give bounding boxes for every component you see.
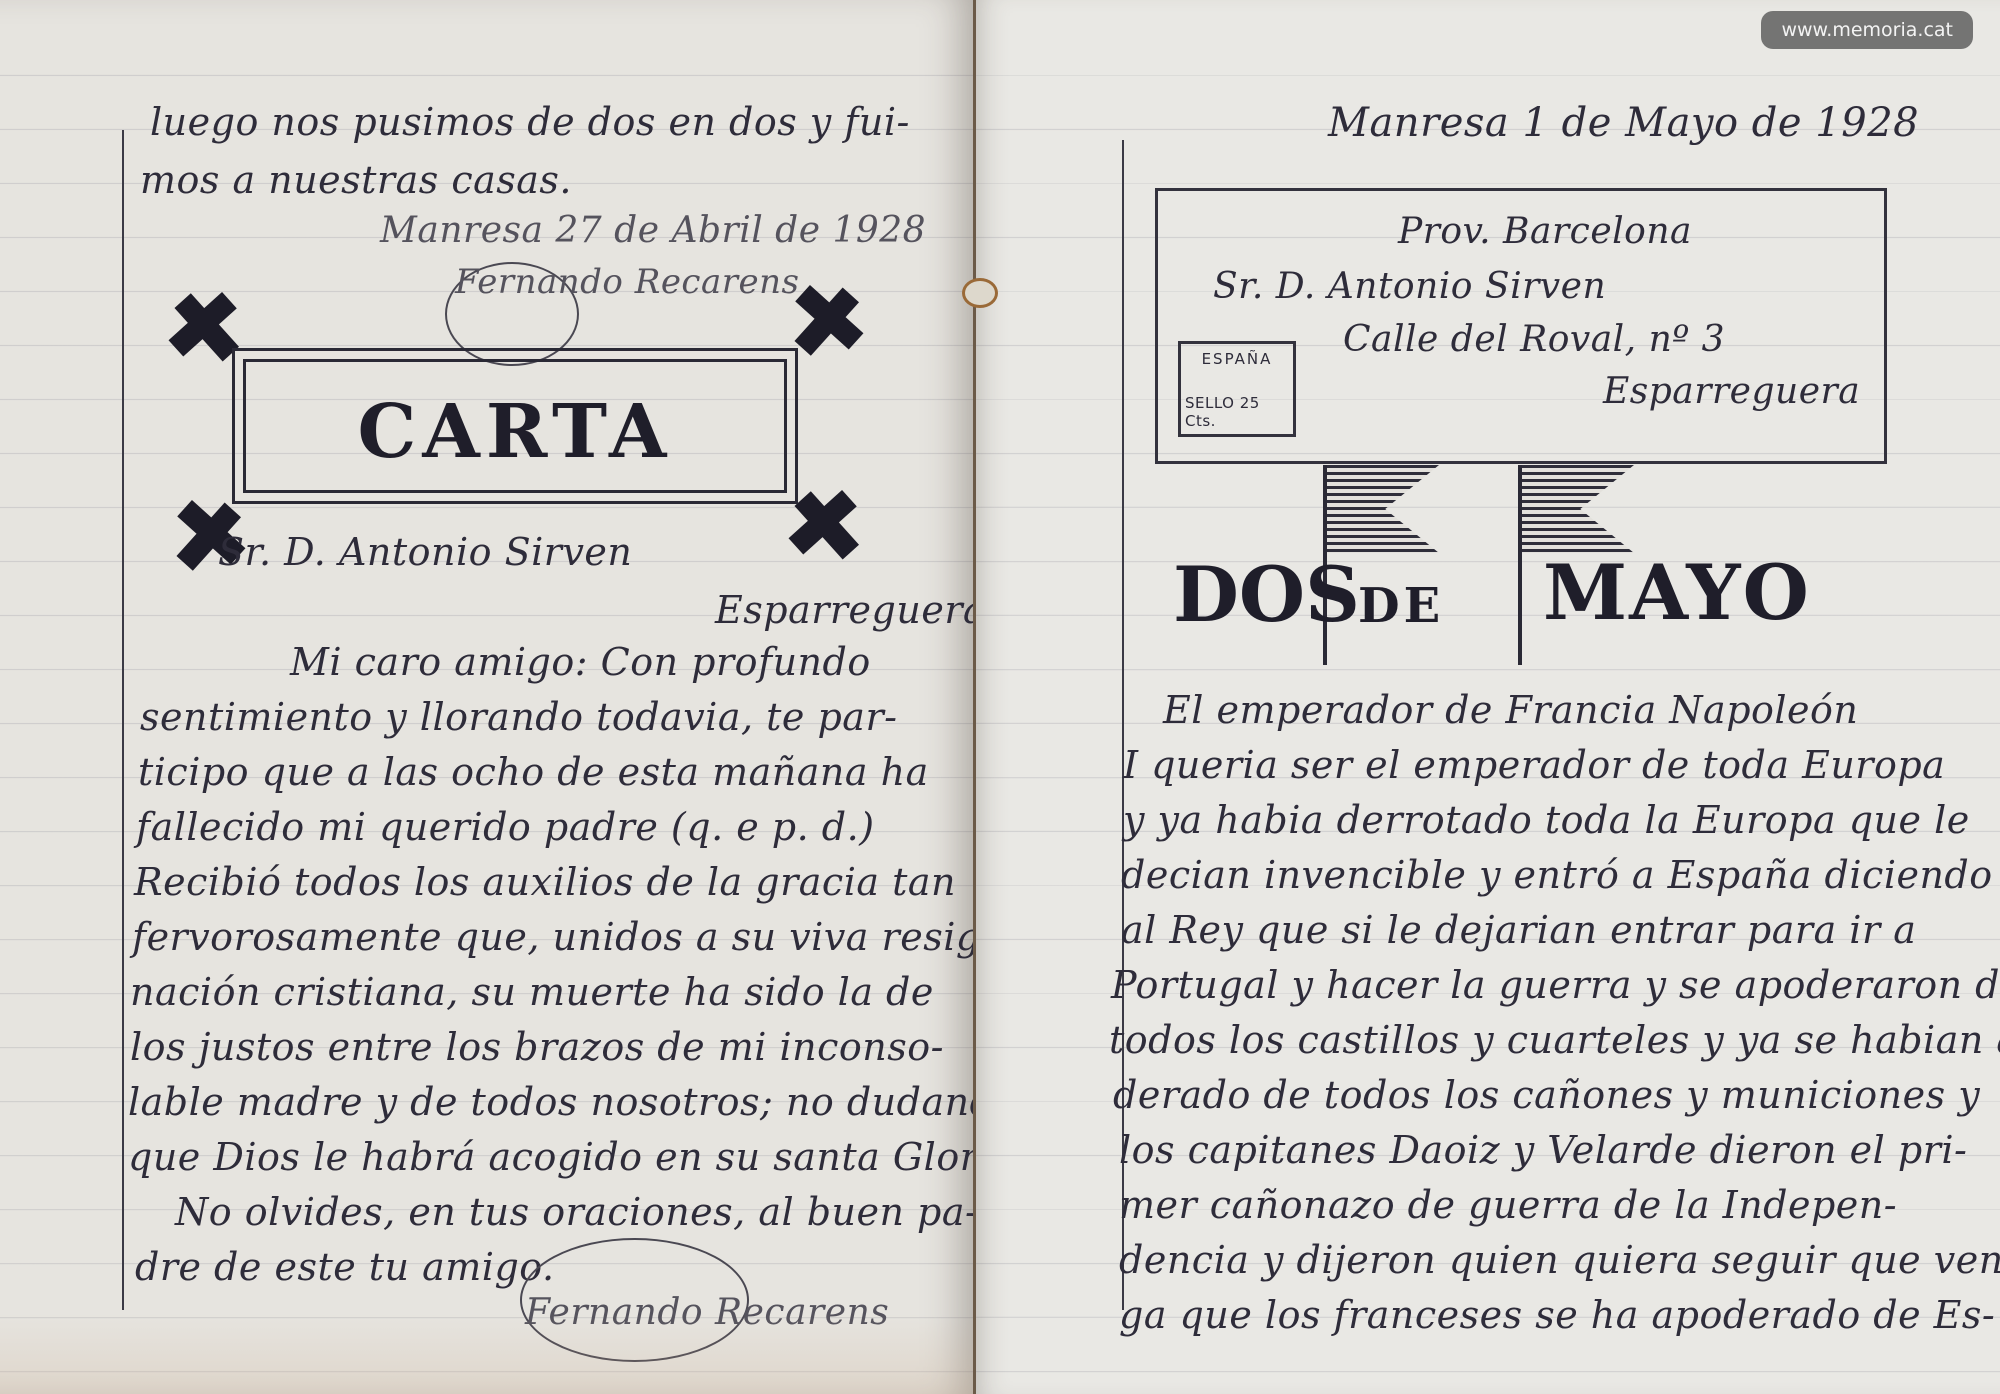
envelope-province: Prov. Barcelona — [1398, 211, 1692, 252]
watermark-badge: www.memoria.cat — [1761, 11, 1973, 49]
recipient-town: Esparreguera — [715, 588, 973, 632]
body-line: Recibió todos los auxilios de la gracia … — [134, 860, 956, 904]
body-line: fallecido mi querido padre (q. e p. d.) — [136, 805, 875, 849]
body-line: decian invencible y entró a España dicie… — [1121, 853, 1993, 897]
body-line: Mi caro amigo: Con profundo — [290, 640, 871, 684]
body-line: fervorosamente que, unidos a su viva res… — [132, 915, 973, 959]
envelope-street: Calle del Roval, nº 3 — [1343, 319, 1725, 360]
title-dos: DOS — [1173, 550, 1360, 639]
body-line: dre de este tu amigo. — [135, 1245, 555, 1289]
carta-frame: CARTA — [232, 348, 798, 504]
title-de: DE — [1358, 578, 1444, 634]
bottom-signature: Fernando Recarens — [525, 1292, 889, 1333]
flag-cloth — [1327, 465, 1439, 553]
envelope-recipient: Sr. D. Antonio Sirven — [1213, 266, 1606, 307]
postage-stamp: ESPAÑA SELLO 25 Cts. — [1178, 341, 1296, 437]
body-line: ticipo que a las ocho de esta mañana ha — [138, 750, 929, 794]
margin-line — [122, 130, 124, 1310]
stamp-value: SELLO 25 Cts. — [1185, 394, 1293, 430]
body-line: sentimiento y llorando todavia, te par- — [140, 695, 897, 739]
body-line: ga que los franceses se ha apoderado de … — [1119, 1293, 1995, 1337]
carta-title: CARTA — [235, 389, 795, 475]
flag-pole — [1518, 465, 1522, 665]
body-line: mer cañonazo de guerra de la Indepen- — [1119, 1183, 1897, 1227]
left-page: luego nos pusimos de dos en dos y fui- m… — [0, 0, 973, 1394]
flag-cloth — [1522, 465, 1634, 553]
envelope-drawing: Prov. Barcelona Sr. D. Antonio Sirven Ca… — [1155, 188, 1887, 464]
right-page: Manresa 1 de Mayo de 1928 Prov. Barcelon… — [973, 0, 2000, 1394]
body-line: al Rey que si le dejarian entrar para ir… — [1121, 908, 1916, 952]
text-line: mos a nuestras casas. — [140, 158, 572, 202]
body-line: I queria ser el emperador de toda Europa — [1123, 743, 1945, 787]
body-line: lable madre y de todos nosotros; no duda… — [128, 1080, 973, 1124]
title-mayo: MAYO — [1543, 548, 1811, 637]
body-line: Portugal y hacer la guerra y se apoderar… — [1111, 963, 2000, 1007]
date-line: Manresa 1 de Mayo de 1928 — [1328, 100, 1919, 146]
notebook-spread: luego nos pusimos de dos en dos y fui- m… — [0, 0, 2000, 1394]
date-line: Manresa 27 de Abril de 1928 — [380, 210, 926, 251]
body-line: todos los castillos y cuarteles y ya se … — [1109, 1018, 2000, 1062]
body-line: nación cristiana, su muerte ha sido la d… — [130, 970, 934, 1014]
staple-rust-spot — [962, 278, 998, 308]
recipient: Sr. D. Antonio Sirven — [218, 530, 632, 574]
text-line: luego nos pusimos de dos en dos y fui- — [150, 100, 910, 144]
body-line: El emperador de Francia Napoleón — [1163, 688, 1858, 732]
body-line: derado de todos los cañones y municiones… — [1113, 1073, 1980, 1117]
envelope-town: Esparreguera — [1603, 371, 1860, 412]
body-line: que Dios le habrá acogido en su santa Gl… — [128, 1135, 973, 1179]
body-line: No olvides, en tus oraciones, al buen pa… — [175, 1190, 973, 1234]
notebook-spine — [973, 0, 976, 1394]
body-line: dencia y dijeron quien quiera seguir que… — [1119, 1238, 2000, 1282]
top-signature: Fernando Recarens — [455, 262, 799, 302]
stamp-country: ESPAÑA — [1181, 350, 1293, 368]
body-line: y ya habia derrotado toda la Europa que … — [1123, 798, 1970, 842]
body-line: los justos entre los brazos de mi incons… — [130, 1025, 944, 1069]
body-line: los capitanes Daoiz y Velarde dieron el … — [1119, 1128, 1967, 1172]
